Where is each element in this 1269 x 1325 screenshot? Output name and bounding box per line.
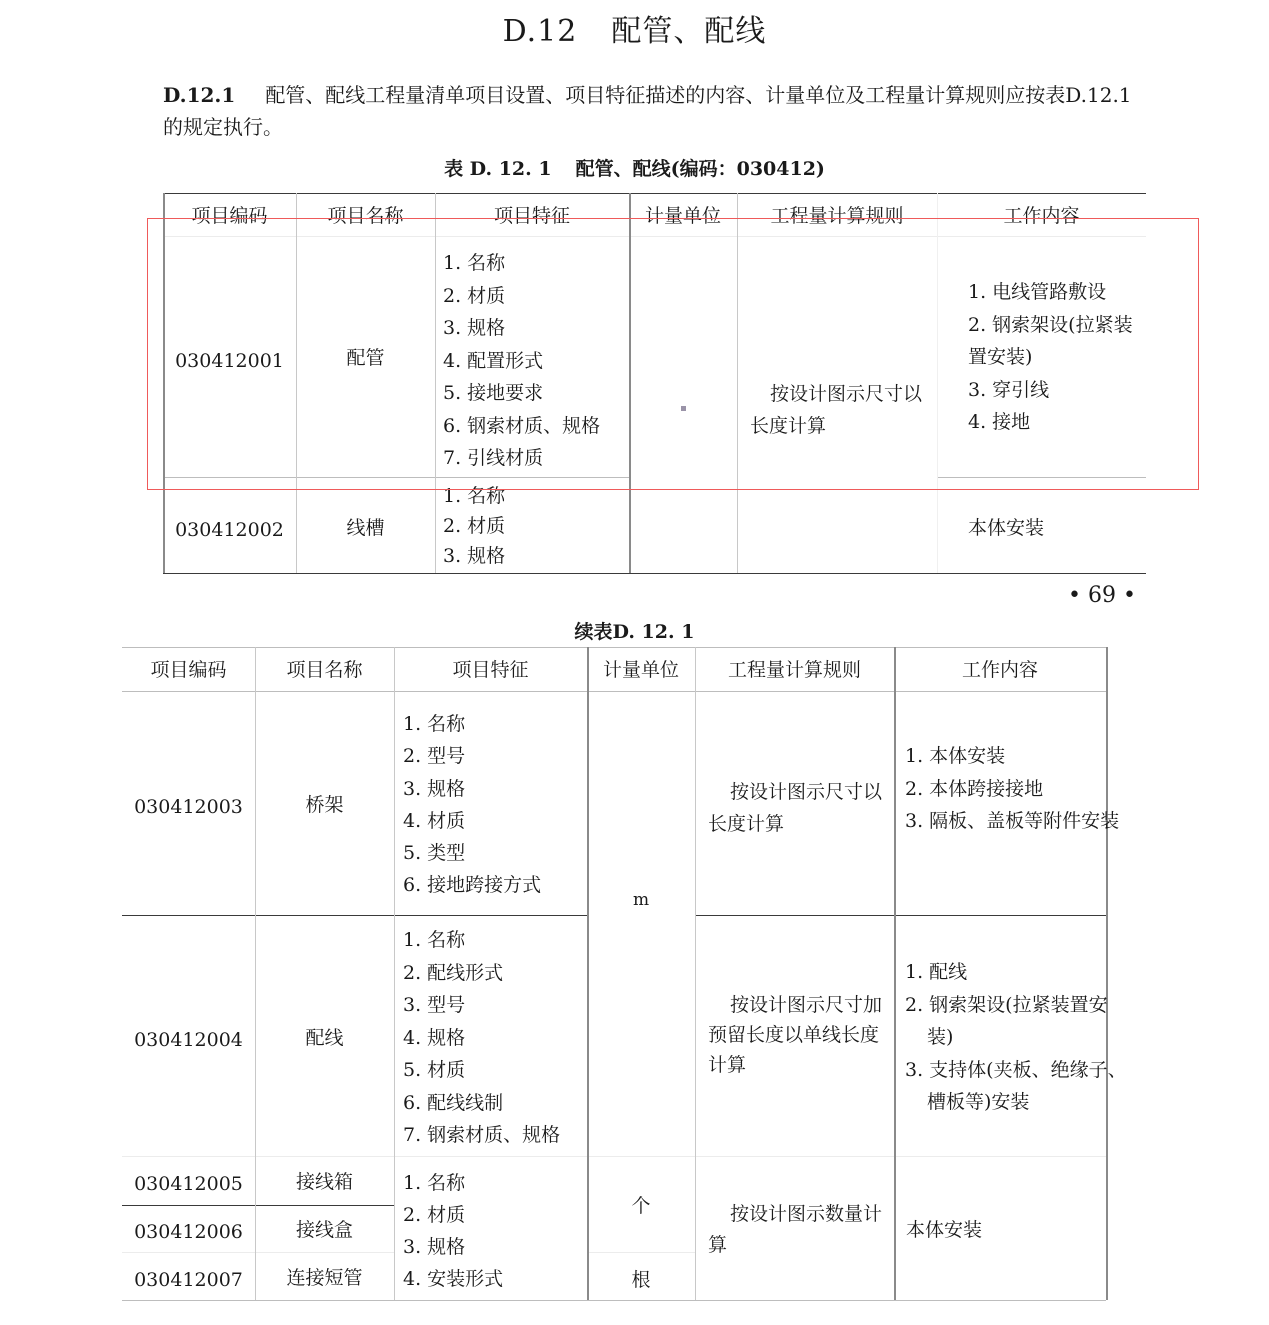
feature-item: 1. 名称 xyxy=(443,247,600,280)
work-item: 2. 钢索架设(拉紧装置安装) xyxy=(968,309,1148,374)
feature-item: 1. 名称 xyxy=(403,924,560,957)
clause-number: D.12.1 xyxy=(163,83,235,107)
feature-item: 6. 接地跨接方式 xyxy=(403,869,541,901)
table2-row2-features: 1. 名称 2. 配线形式 3. 型号 4. 规格 5. 材质 6. 配线线制 … xyxy=(403,924,587,1152)
table2-unit-m: m xyxy=(587,885,695,915)
table2-row-divider xyxy=(122,1156,1106,1157)
table1-header-unit: 计量单位 xyxy=(629,196,737,236)
feature-item: 4. 规格 xyxy=(403,1022,560,1055)
table1-row2-code: 030412002 xyxy=(163,512,296,548)
table1-col-divider xyxy=(737,193,738,573)
feature-item: 1. 名称 xyxy=(403,1167,503,1199)
feature-item: 4. 安装形式 xyxy=(403,1263,503,1295)
table1-row1-rule: 按设计图示尺寸以长度计算 xyxy=(750,378,930,440)
feature-item: 6. 钢索材质、规格 xyxy=(443,410,600,443)
clause-paragraph: D.12.1配管、配线工程量清单项目设置、项目特征描述的内容、计量单位及工程量计… xyxy=(163,79,1153,143)
work-item: 3. 隔板、盖板等附件安装 xyxy=(905,805,1127,838)
table1-row1-features: 1. 名称 2. 材质 3. 规格 4. 配置形式 5. 接地要求 6. 钢索材… xyxy=(443,247,629,472)
work-item: 3. 穿引线 xyxy=(968,374,1148,407)
table1-header-features: 项目特征 xyxy=(435,196,629,236)
table2-boxes-work: 本体安装 xyxy=(906,1213,1106,1247)
table2-header-features: 项目特征 xyxy=(394,650,587,691)
table2-header-name: 项目名称 xyxy=(255,650,394,691)
feature-item: 2. 配线形式 xyxy=(403,957,560,990)
table2-caption: 续表D. 12. 1 xyxy=(0,617,1269,644)
table2-boxes-unit: 个 xyxy=(587,1190,695,1222)
table2-header-work: 工作内容 xyxy=(894,650,1106,691)
table2-col-divider xyxy=(894,647,896,1300)
table2-bottom-border xyxy=(122,1300,1106,1301)
feature-item: 4. 配置形式 xyxy=(443,345,600,378)
section-heading: D.12配管、配线 xyxy=(0,6,1269,50)
feature-item: 3. 规格 xyxy=(443,312,600,345)
table2-row3-name: 接线箱 xyxy=(255,1166,394,1198)
work-item: 1. 本体安装 xyxy=(905,740,1127,773)
feature-item: 4. 材质 xyxy=(403,805,541,837)
table2-top-border xyxy=(122,647,1106,648)
work-item: 4. 接地 xyxy=(968,406,1148,439)
feature-item: 3. 规格 xyxy=(443,541,505,571)
feature-item: 7. 钢索材质、规格 xyxy=(403,1119,560,1152)
feature-item: 5. 材质 xyxy=(403,1054,560,1087)
table2-header-code: 项目编码 xyxy=(122,650,255,691)
table2-row2-rule: 按设计图示尺寸加预留长度以单线长度计算 xyxy=(708,990,888,1086)
table2-row-divider xyxy=(587,1252,695,1253)
feature-item: 3. 型号 xyxy=(403,989,560,1022)
clause-text: 配管、配线工程量清单项目设置、项目特征描述的内容、计量单位及工程量计算规则应按表… xyxy=(163,83,1132,139)
table1-row2-name: 线槽 xyxy=(296,510,435,546)
section-title: 配管、配线 xyxy=(611,14,766,49)
feature-item: 1. 名称 xyxy=(403,708,541,740)
table2-row-divider xyxy=(122,1252,394,1253)
table1-header-work: 工作内容 xyxy=(937,196,1146,236)
table2-row2-name: 配线 xyxy=(255,1020,394,1056)
table2-boxes-rule: 按设计图示数量计算 xyxy=(708,1199,888,1263)
feature-item: 7. 引线材质 xyxy=(443,442,600,475)
unit-glyph-fragment xyxy=(681,406,686,411)
table2-header-unit: 计量单位 xyxy=(587,650,695,691)
table1-caption-title: 配管、配线(编码：030412) xyxy=(576,158,825,180)
table2-row1-work: 1. 本体安装 2. 本体跨接接地 3. 隔板、盖板等附件安装 xyxy=(905,740,1105,875)
table1-row1-name: 配管 xyxy=(296,236,435,481)
table2-row5-code: 030412007 xyxy=(122,1264,255,1296)
table1-header-name: 项目名称 xyxy=(296,196,435,236)
work-item: 1. 电线管路敷设 xyxy=(968,276,1148,309)
table1-col-divider xyxy=(435,193,436,573)
table2-row-divider xyxy=(695,915,1106,916)
table2-row1-features: 1. 名称 2. 型号 3. 规格 4. 材质 5. 类型 6. 接地跨接方式 xyxy=(403,708,587,908)
table1-bottom-border xyxy=(163,573,1146,574)
feature-item: 2. 材质 xyxy=(443,280,600,313)
table1-row1-unit xyxy=(629,398,737,418)
table1-row1-work: 1. 电线管路敷设 2. 钢索架设(拉紧装置安装) 3. 穿引线 4. 接地 xyxy=(968,276,1146,446)
feature-item: 1. 名称 xyxy=(443,481,505,511)
feature-item: 6. 配线线制 xyxy=(403,1087,560,1120)
section-number: D.12 xyxy=(503,14,578,49)
table2-pipe-unit: 根 xyxy=(587,1264,695,1296)
table2-row1-rule: 按设计图示尺寸以长度计算 xyxy=(708,776,888,838)
table1-header-rule: 工程量计算规则 xyxy=(737,196,937,236)
table2-col-divider xyxy=(695,647,696,1300)
feature-item: 2. 材质 xyxy=(443,511,505,541)
work-item: 3. 支持体(夹板、绝缘子、槽板等)安装 xyxy=(905,1054,1128,1119)
feature-item: 5. 类型 xyxy=(403,837,541,869)
table2-row-divider xyxy=(122,1205,394,1206)
table2-row1-name: 桥架 xyxy=(255,691,394,919)
feature-item: 3. 规格 xyxy=(403,773,541,805)
table1-row2-work: 本体安装 xyxy=(968,510,1146,546)
table2-row1-code: 030412003 xyxy=(122,691,255,923)
work-item: 2. 钢索架设(拉紧装置安装) xyxy=(905,989,1128,1054)
table2-boxes-features: 1. 名称 2. 材质 3. 规格 4. 安装形式 xyxy=(403,1167,587,1297)
table1-row2-features: 1. 名称 2. 材质 3. 规格 xyxy=(443,479,629,573)
table1-caption-number: 表 D. 12. 1 xyxy=(444,158,552,180)
table1-row-divider-right xyxy=(937,477,1146,478)
work-item: 1. 配线 xyxy=(905,956,1128,989)
table2-row2-work: 1. 配线 2. 钢索架设(拉紧装置安装) 3. 支持体(夹板、绝缘子、槽板等)… xyxy=(905,956,1106,1126)
feature-item: 3. 规格 xyxy=(403,1231,503,1263)
table1-row1-code: 030412001 xyxy=(163,236,296,486)
table2-row4-code: 030412006 xyxy=(122,1216,255,1248)
table1-header-code: 项目编码 xyxy=(163,196,296,236)
page-number: • 69 • xyxy=(1068,583,1136,608)
table2-col-divider xyxy=(394,647,395,1300)
table2-row4-name: 接线盒 xyxy=(255,1214,394,1246)
table2-row5-name: 连接短管 xyxy=(255,1262,394,1294)
table1-col-divider xyxy=(629,193,631,573)
work-item: 2. 本体跨接接地 xyxy=(905,773,1127,806)
table1-top-border xyxy=(163,193,1146,194)
feature-item: 5. 接地要求 xyxy=(443,377,600,410)
table1-caption: 表 D. 12. 1配管、配线(编码：030412) xyxy=(0,154,1269,181)
table2-row2-code: 030412004 xyxy=(122,1022,255,1058)
table2-row3-code: 030412005 xyxy=(122,1168,255,1200)
feature-item: 2. 型号 xyxy=(403,740,541,772)
table2-header-rule: 工程量计算规则 xyxy=(695,650,894,691)
feature-item: 2. 材质 xyxy=(403,1199,503,1231)
table1-col-divider xyxy=(937,193,938,573)
